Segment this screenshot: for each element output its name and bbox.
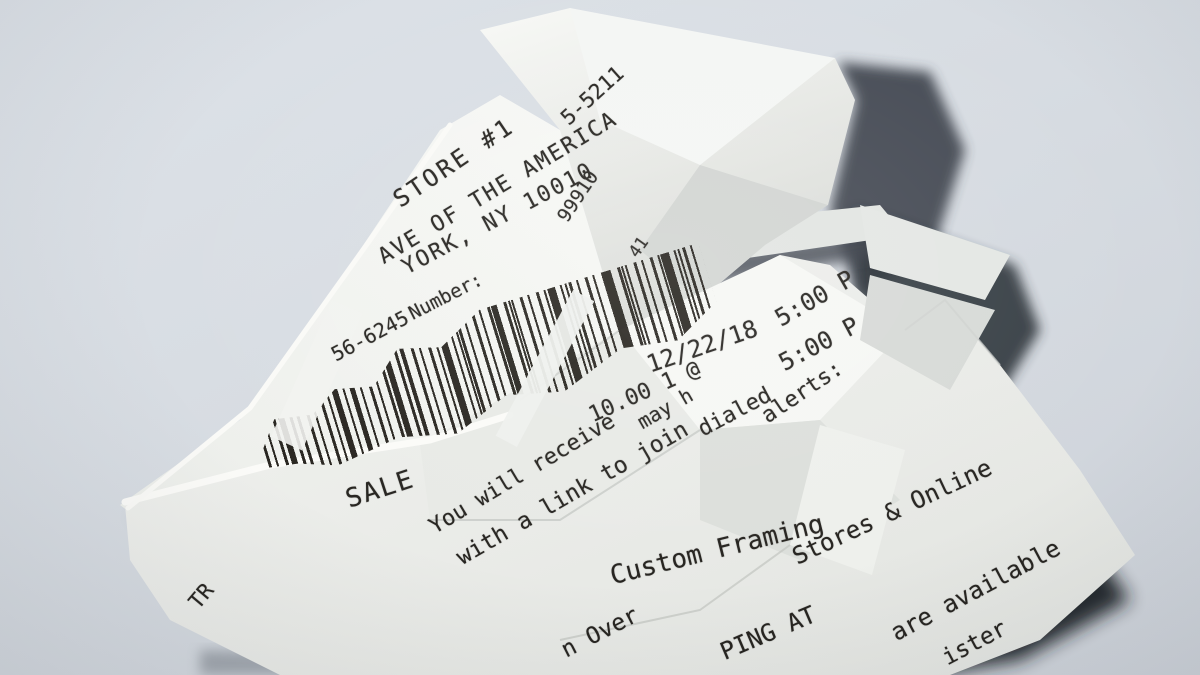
photo-crumpled-receipt: STORE #1 AVE OF THE AMERICA YORK, NY 100… — [0, 0, 1200, 675]
